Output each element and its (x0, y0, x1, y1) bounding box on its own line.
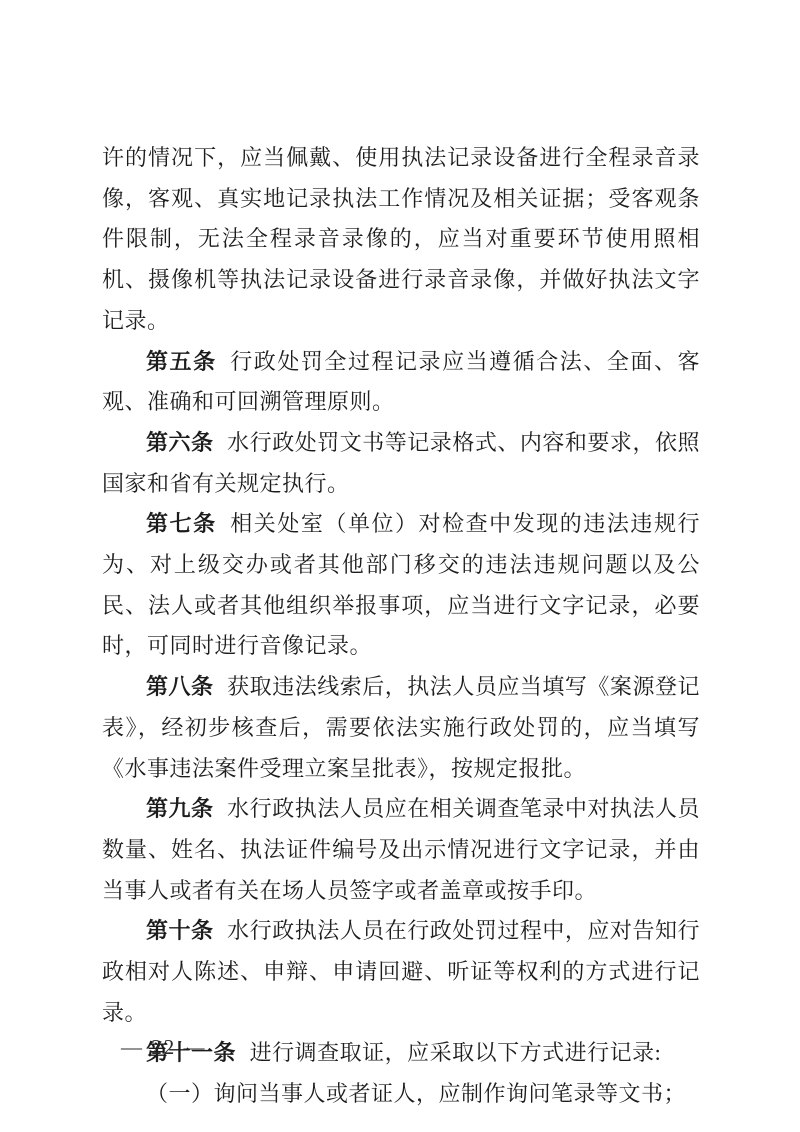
paragraph-text: 进行调查取证，应采取以下方式进行记录: (250, 1040, 662, 1065)
article-number: 第六条 (146, 430, 227, 455)
article-paragraph: 第十条水行政执法人员在行政处罚过程中，应对告知行政相对人陈述、申辩、申请回避、听… (102, 911, 700, 1033)
paragraph-text: （一）询问当事人或者证人，应制作询问笔录等文书； (146, 1081, 686, 1106)
article-paragraph: 第五条行政处罚全过程记录应当遵循合法、全面、客观、准确和可回溯管理原则。 (102, 342, 700, 423)
paragraph: （一）询问当事人或者证人，应制作询问笔录等文书； (102, 1074, 700, 1115)
article-paragraph: 第九条水行政执法人员应在相关调查笔录中对执法人员数量、姓名、执法证件编号及出示情… (102, 789, 700, 911)
article-number: 第十条 (146, 918, 227, 943)
paragraph-text: 许的情况下，应当佩戴、使用执法记录设备进行全程录音录像，客观、真实地记录执法工作… (102, 145, 700, 333)
document-page: 许的情况下，应当佩戴、使用执法记录设备进行全程录音录像，客观、真实地记录执法工作… (0, 0, 800, 1132)
article-number: 第九条 (146, 796, 227, 821)
document-body: 许的情况下，应当佩戴、使用执法记录设备进行全程录音录像，客观、真实地记录执法工作… (102, 138, 700, 1115)
article-number: 第七条 (146, 511, 230, 536)
article-paragraph: 第七条相关处室（单位）对检查中发现的违法违规行为、对上级交办或者其他部门移交的违… (102, 504, 700, 667)
article-number: 第八条 (146, 674, 227, 699)
paragraph: 许的情况下，应当佩戴、使用执法记录设备进行全程录音录像，客观、真实地记录执法工作… (102, 138, 700, 342)
article-paragraph: 第六条水行政处罚文书等记录格式、内容和要求，依照国家和省有关规定执行。 (102, 423, 700, 504)
article-paragraph: 第八条获取违法线索后，执法人员应当填写《案源登记表》，经初步核查后，需要依法实施… (102, 667, 700, 789)
page-number: — 22 — (121, 1035, 207, 1060)
article-number: 第五条 (146, 349, 230, 374)
